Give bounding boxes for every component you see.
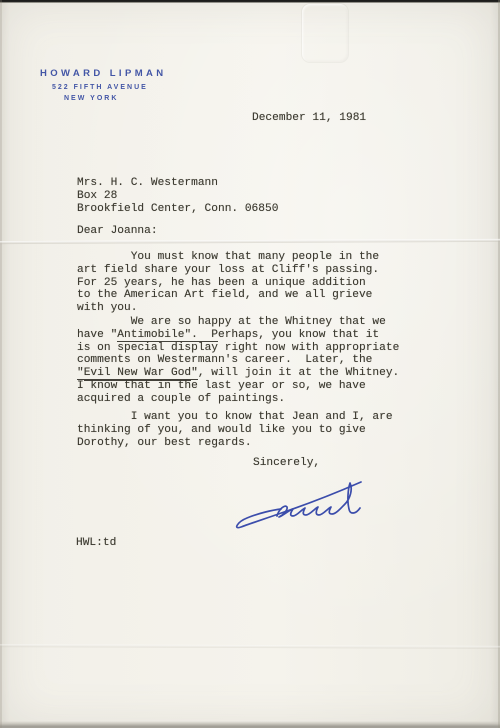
letterhead-city: NEW YORK — [64, 95, 167, 102]
body-text: " — [77, 367, 84, 379]
recipient-box: Box 28 — [77, 190, 278, 203]
date-line: December 11, 1981 — [252, 112, 366, 125]
paragraph-1: You must know that many people in the ar… — [77, 251, 379, 315]
scan-edge-bottom — [0, 721, 500, 728]
typist-reference: HWL:td — [76, 537, 116, 550]
embossed-watermark — [301, 3, 349, 63]
body-line: I know that in the last year or so, we h… — [77, 380, 399, 393]
closing: Sincerely, — [253, 457, 320, 470]
underscored-phrase: I know that in the — [77, 379, 198, 392]
scan-edge-top — [0, 0, 500, 3]
body-line: thinking of you, and would like you to g… — [77, 424, 393, 437]
body-line: to the American Art field, and we all gr… — [77, 289, 379, 302]
body-line: comments on Westermann's career. Later, … — [77, 354, 399, 367]
scan-edge-left — [0, 0, 2, 728]
recipient-block: Mrs. H. C. Westermann Box 28 Brookfield … — [77, 177, 278, 215]
letterhead-address: 522 FIFTH AVENUE — [52, 84, 167, 91]
body-line: with you. — [77, 302, 379, 315]
body-line: art field share your loss at Cliff's pas… — [77, 264, 379, 277]
salutation: Dear Joanna: — [77, 225, 158, 238]
letter-scan: HOWARD LIPMAN 522 FIFTH AVENUE NEW YORK … — [0, 0, 500, 728]
letterhead: HOWARD LIPMAN 522 FIFTH AVENUE NEW YORK — [40, 68, 167, 102]
underscored-phrase: special display — [117, 341, 218, 354]
letterhead-name: HOWARD LIPMAN — [40, 68, 167, 79]
body-text: ", will join it at the Whitney. — [191, 367, 399, 379]
body-text: have " — [77, 329, 117, 341]
paragraph-3: I want you to know that Jean and I, are … — [77, 411, 393, 449]
handwritten-signature-howard — [228, 476, 380, 534]
body-line: is on special display right now with app… — [77, 342, 399, 355]
paragraph-2: We are so happy at the Whitney that we h… — [77, 316, 399, 406]
body-line: We are so happy at the Whitney that we — [77, 316, 399, 329]
fold-crease-lower — [0, 644, 500, 649]
body-text: ". Perhaps, you know that it — [184, 329, 379, 341]
fold-crease-upper — [0, 239, 500, 244]
body-line: For 25 years, he has been a unique addit… — [77, 277, 379, 290]
body-line: have "Antimobile". Perhaps, you know tha… — [77, 329, 399, 342]
recipient-city: Brookfield Center, Conn. 06850 — [77, 203, 278, 216]
body-line: I want you to know that Jean and I, are — [77, 411, 393, 424]
body-text: right now with appropriate — [218, 342, 399, 354]
body-line: Dorothy, our best regards. — [77, 437, 393, 450]
body-text: last year or so, we have — [198, 380, 366, 392]
recipient-name: Mrs. H. C. Westermann — [77, 177, 278, 190]
body-line: You must know that many people in the — [77, 251, 379, 264]
body-line: acquired a couple of paintings. — [77, 393, 399, 406]
body-text: is on — [77, 342, 117, 354]
